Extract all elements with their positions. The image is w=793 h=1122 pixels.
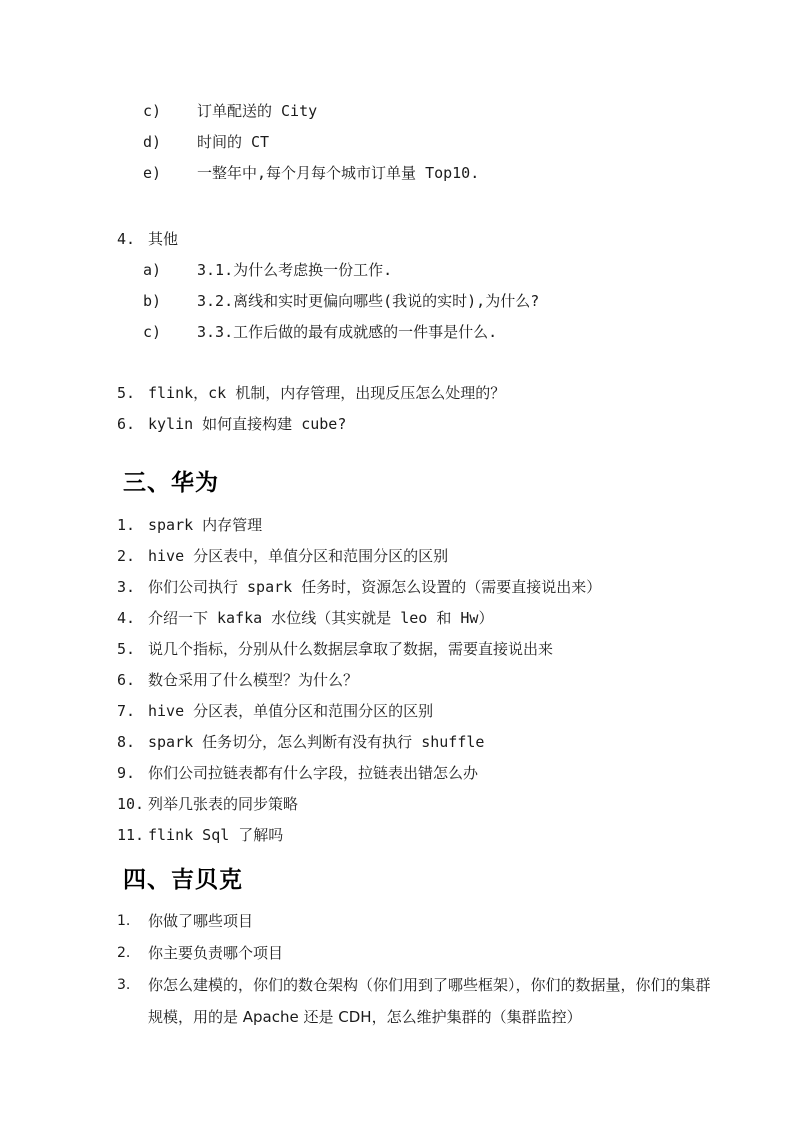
list-marker: 2.	[117, 541, 148, 572]
list-marker: 5.	[117, 634, 148, 665]
list-text: hive 分区表，单值分区和范围分区的区别	[148, 696, 725, 727]
list-item: 5. flink，ck 机制，内存管理，出现反压怎么处理的？	[117, 378, 725, 409]
list-item: 2. hive 分区表中，单值分区和范围分区的区别	[117, 541, 725, 572]
list-text: flink，ck 机制，内存管理，出现反压怎么处理的？	[148, 378, 725, 409]
list-item: 11. flink Sql 了解吗	[117, 820, 725, 851]
list-item: c) 订单配送的 City	[117, 96, 725, 127]
list-text: 订单配送的 City	[197, 96, 725, 127]
jibeike-question-list: 1. 你做了哪些项目 2. 你主要负责哪个项目 3. 你怎么建模的，你们的数仓架…	[117, 905, 725, 1033]
list-text: 数仓采用了什么模型？为什么？	[148, 665, 725, 696]
list-text: hive 分区表中，单值分区和范围分区的区别	[148, 541, 725, 572]
list-text: 说几个指标，分别从什么数据层拿取了数据，需要直接说出来	[148, 634, 725, 665]
list-text: 介绍一下 kafka 水位线（其实就是 leo 和 Hw）	[148, 603, 725, 634]
list-marker: a)	[143, 255, 197, 286]
list-item: 4. 其他	[117, 224, 725, 255]
list-marker: 11.	[117, 820, 148, 851]
section-heading-huawei: 三、华为	[123, 468, 725, 498]
list-item: 5. 说几个指标，分别从什么数据层拿取了数据，需要直接说出来	[117, 634, 725, 665]
list-item: 3. 你怎么建模的，你们的数仓架构（你们用到了哪些框架），你们的数据量，你们的集…	[117, 969, 725, 1033]
list-text: 一整年中,每个月每个城市订单量 Top10.	[197, 158, 725, 189]
list-item: 6. 数仓采用了什么模型？为什么？	[117, 665, 725, 696]
list-text: spark 任务切分，怎么判断有没有执行 shuffle	[148, 727, 725, 758]
list-marker: 1.	[117, 905, 148, 937]
list-marker: 5.	[117, 378, 148, 409]
list-marker: 6.	[117, 665, 148, 696]
list-text: 3.3.工作后做的最有成就感的一件事是什么.	[197, 317, 725, 348]
list-marker: 8.	[117, 727, 148, 758]
list-text: 3.1.为什么考虑换一份工作.	[197, 255, 725, 286]
list-marker: 6.	[117, 409, 148, 440]
document-content: c) 订单配送的 City d) 时间的 CT e) 一整年中,每个月每个城市订…	[117, 96, 725, 1033]
list-marker: c)	[143, 96, 197, 127]
list-text: 3.2.离线和实时更偏向哪些(我说的实时),为什么?	[197, 286, 725, 317]
list-text: flink Sql 了解吗	[148, 820, 725, 851]
list-marker: e)	[143, 158, 197, 189]
list-text: spark 内存管理	[148, 510, 725, 541]
list-marker: c)	[143, 317, 197, 348]
list-text: 你主要负责哪个项目	[148, 937, 725, 969]
list-item: 6. kylin 如何直接构建 cube?	[117, 409, 725, 440]
huawei-question-list: 1. spark 内存管理 2. hive 分区表中，单值分区和范围分区的区别 …	[117, 510, 725, 851]
list-marker: 1.	[117, 510, 148, 541]
list-marker: 3.	[117, 572, 148, 603]
list-item: d) 时间的 CT	[117, 127, 725, 158]
list-item: e) 一整年中,每个月每个城市订单量 Top10.	[117, 158, 725, 189]
list-marker: 10.	[117, 789, 148, 820]
list-text: 你们公司执行 spark 任务时，资源怎么设置的（需要直接说出来）	[148, 572, 725, 603]
list-marker: 3.	[117, 969, 148, 1001]
list-marker: 7.	[117, 696, 148, 727]
list-item: 10. 列举几张表的同步策略	[117, 789, 725, 820]
list-marker: d)	[143, 127, 197, 158]
list-marker: b)	[143, 286, 197, 317]
list-marker: 4.	[117, 224, 148, 255]
list-marker: 2.	[117, 937, 148, 969]
list-text: 列举几张表的同步策略	[148, 789, 725, 820]
list-item: 7. hive 分区表，单值分区和范围分区的区别	[117, 696, 725, 727]
list-item: 4. 介绍一下 kafka 水位线（其实就是 leo 和 Hw）	[117, 603, 725, 634]
list-item: 8. spark 任务切分，怎么判断有没有执行 shuffle	[117, 727, 725, 758]
section-heading-jibeike: 四、吉贝克	[123, 865, 725, 895]
list-item: 1. 你做了哪些项目	[117, 905, 725, 937]
list-item: 1. spark 内存管理	[117, 510, 725, 541]
list-text: 你做了哪些项目	[148, 905, 725, 937]
list-text: kylin 如何直接构建 cube?	[148, 409, 725, 440]
document-page: c) 订单配送的 City d) 时间的 CT e) 一整年中,每个月每个城市订…	[0, 0, 793, 1122]
list-item: c) 3.3.工作后做的最有成就感的一件事是什么.	[117, 317, 725, 348]
list-item: 2. 你主要负责哪个项目	[117, 937, 725, 969]
list-item: b) 3.2.离线和实时更偏向哪些(我说的实时),为什么?	[117, 286, 725, 317]
list-text: 时间的 CT	[197, 127, 725, 158]
list-text: 其他	[148, 224, 725, 255]
list-text: 你们公司拉链表都有什么字段，拉链表出错怎么办	[148, 758, 725, 789]
list-item: a) 3.1.为什么考虑换一份工作.	[117, 255, 725, 286]
list-marker: 4.	[117, 603, 148, 634]
list-marker: 9.	[117, 758, 148, 789]
list-item: 3. 你们公司执行 spark 任务时，资源怎么设置的（需要直接说出来）	[117, 572, 725, 603]
list-text: 你怎么建模的，你们的数仓架构（你们用到了哪些框架），你们的数据量，你们的集群规模…	[148, 969, 725, 1033]
list-item: 9. 你们公司拉链表都有什么字段，拉链表出错怎么办	[117, 758, 725, 789]
